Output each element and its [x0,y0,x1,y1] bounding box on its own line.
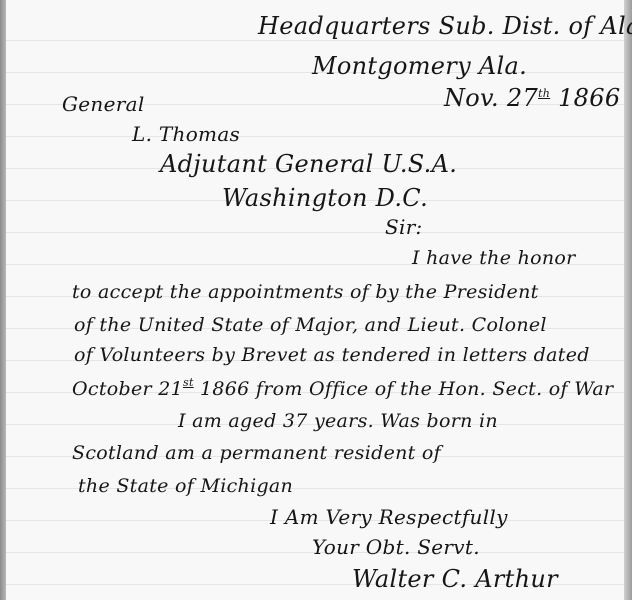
body-line-3: of the United State of Major, and Lieut.… [74,314,547,336]
scan-edge-left [0,0,6,600]
closing-line-1: I Am Very Respectfully [270,505,508,529]
salutation-title: General [62,92,145,116]
greeting: Sir: [385,215,423,239]
signature: Walter C. Arthur [352,565,558,593]
body-line-4: of Volunteers by Brevet as tendered in l… [74,344,590,366]
body-line-2: to accept the appointments of by the Pre… [72,281,539,303]
letter-page: Headquarters Sub. Dist. of Alabama Montg… [0,0,632,600]
addressee-name: L. Thomas [132,122,240,146]
body-line-7: Scotland am a permanent resident of [72,442,441,464]
scan-edge-right [624,0,632,600]
addressee-location: Washington D.C. [222,184,428,212]
heading-date: Nov. 27th 1866 [444,84,620,112]
closing-line-2: Your Obt. Servt. [312,535,480,559]
heading-location: Montgomery Ala. [312,52,527,80]
body-line-1: I have the honor [412,247,576,269]
heading-headquarters: Headquarters Sub. Dist. of Alabama [258,12,632,40]
body-line-5: October 21st 1866 from Office of the Hon… [72,376,613,400]
body-line-6: I am aged 37 years. Was born in [178,410,498,432]
body-line-8: the State of Michigan [78,475,293,497]
addressee-position: Adjutant General U.S.A. [160,150,457,178]
